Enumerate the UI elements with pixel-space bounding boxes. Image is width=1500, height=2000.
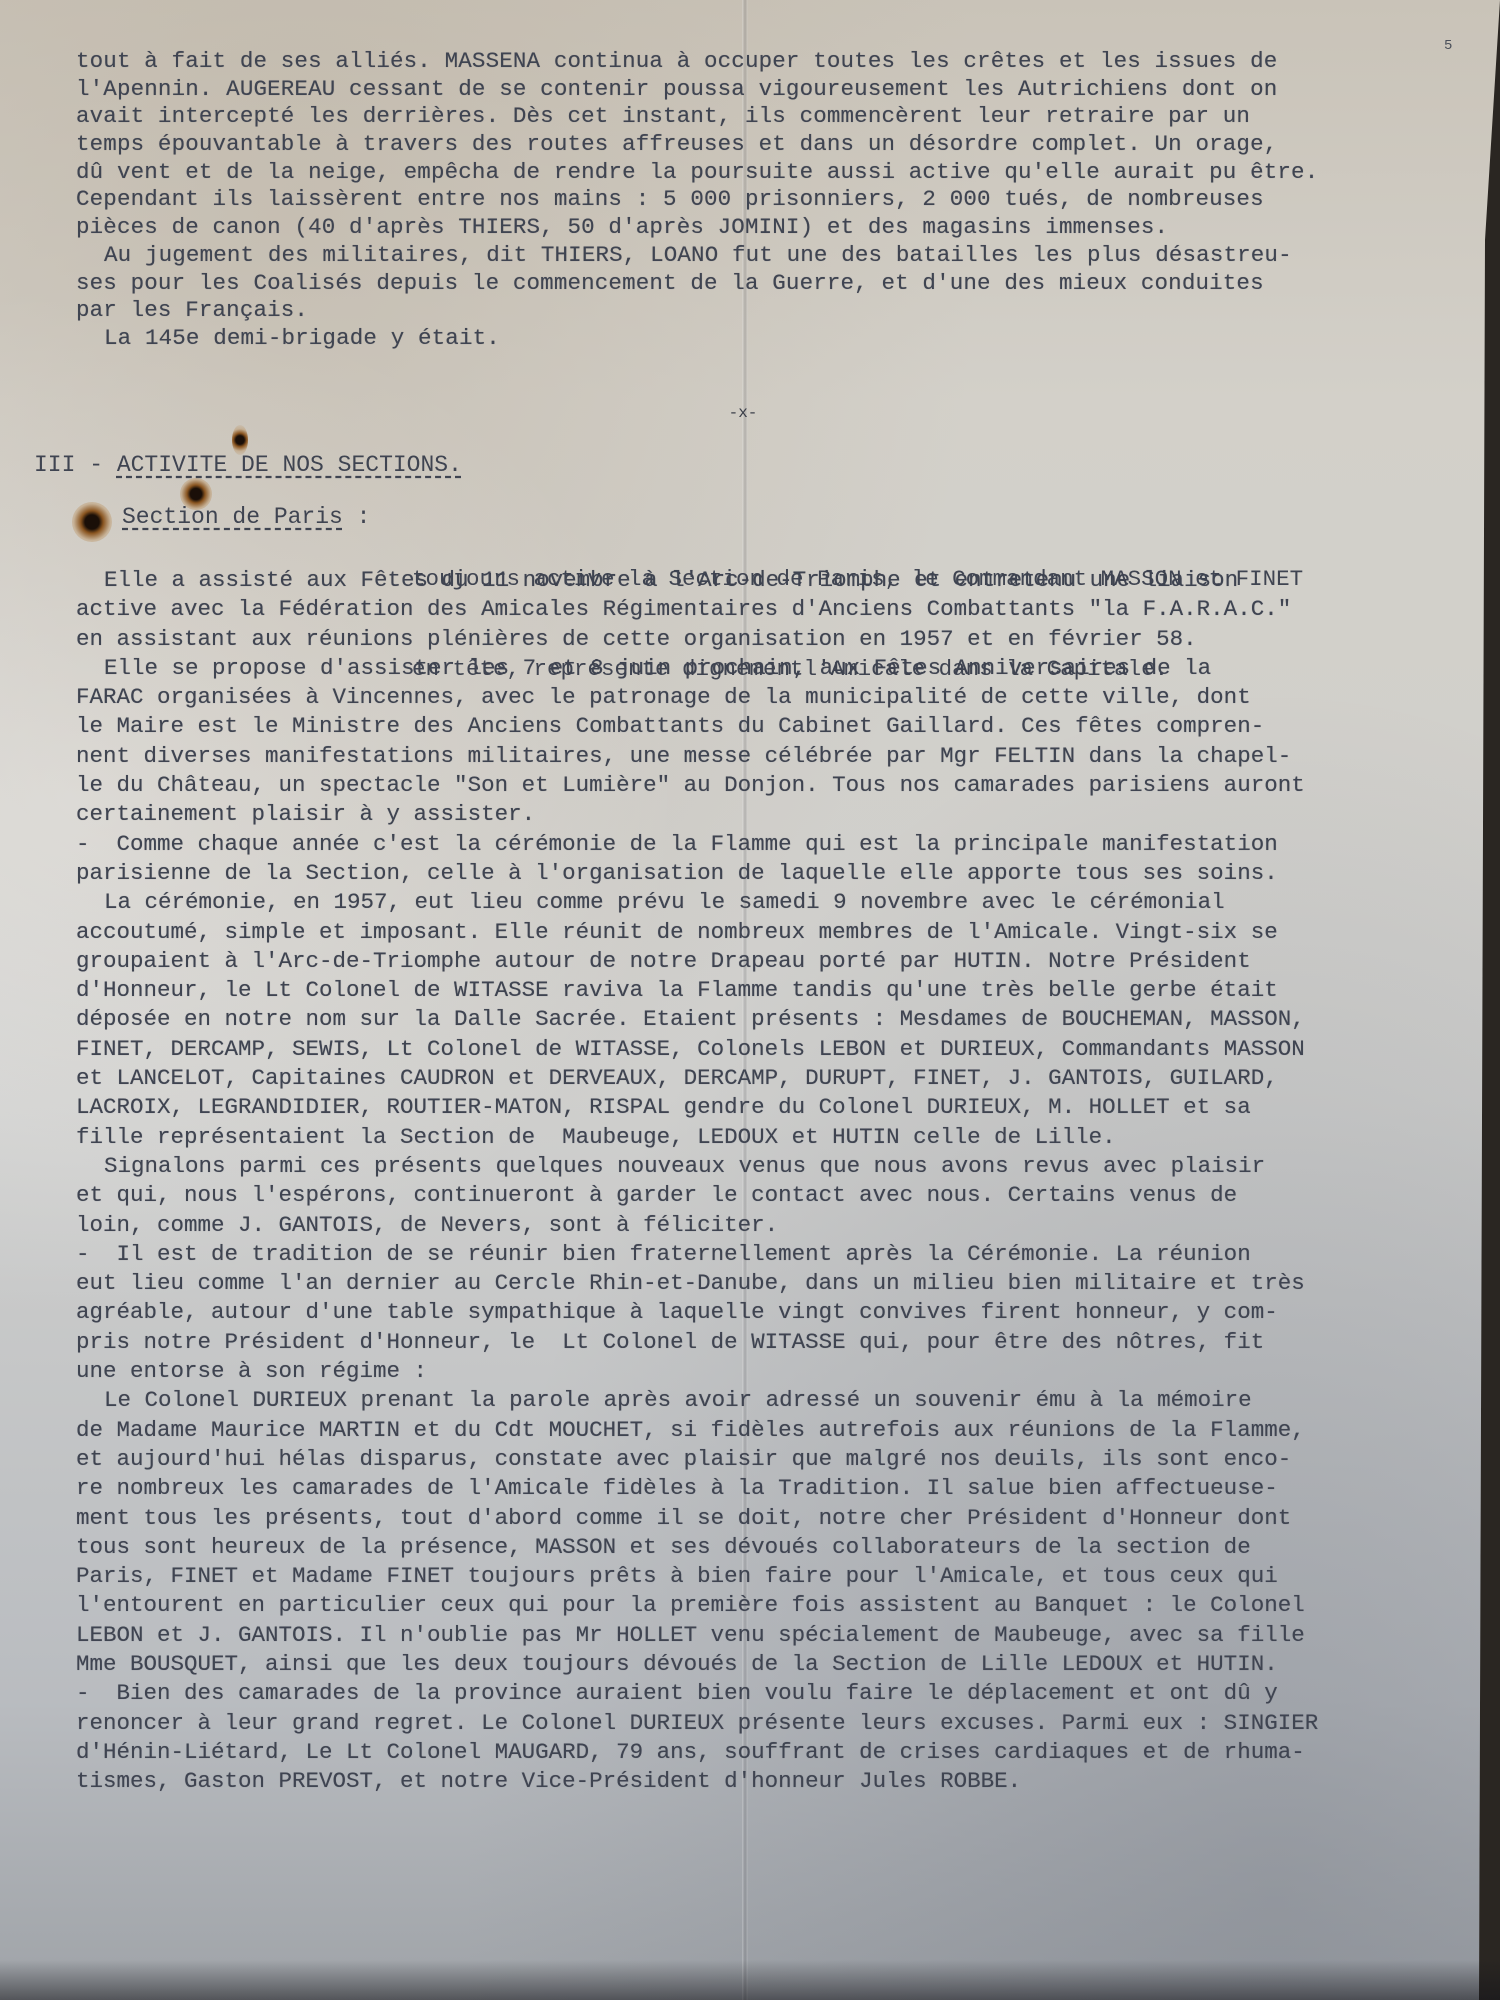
text-line: re nombreux les camarades de l'Amicale f… bbox=[76, 1474, 1486, 1503]
text-line: Au jugement des militaires, dit THIERS, … bbox=[76, 242, 1486, 270]
text-line: ment tous les présents, tout d'abord com… bbox=[76, 1504, 1486, 1533]
text-line: - Bien des camarades de la province aura… bbox=[76, 1679, 1486, 1708]
section-number: III - bbox=[34, 452, 103, 478]
text-line: groupaient à l'Arc-de-Triomphe autour de… bbox=[76, 947, 1486, 976]
text-line: LEBON et J. GANTOIS. Il n'oublie pas Mr … bbox=[76, 1621, 1486, 1650]
punch-hole-mark bbox=[232, 425, 248, 455]
section-heading: III - ACTIVITE DE NOS SECTIONS. bbox=[34, 452, 462, 478]
text-line: l'entourent en particulier ceux qui pour… bbox=[76, 1591, 1486, 1620]
text-line: l'Apennin. AUGEREAU cessant de se conten… bbox=[76, 76, 1486, 104]
text-line: Paris, FINET et Madame FINET toujours pr… bbox=[76, 1562, 1486, 1591]
photo-shadow bbox=[0, 1960, 1500, 2000]
text-line: active avec la Fédération des Amicales R… bbox=[76, 595, 1486, 624]
text-line: Elle se propose d'assister les 7 et 8 ju… bbox=[76, 654, 1486, 683]
text-line: en assistant aux réunions plénières de c… bbox=[76, 625, 1486, 654]
text-line: Mme BOUSQUET, ainsi que les deux toujour… bbox=[76, 1650, 1486, 1679]
text-line: le du Château, un spectacle "Son et Lumi… bbox=[76, 771, 1486, 800]
text-line: et aujourd'hui hélas disparus, constate … bbox=[76, 1445, 1486, 1474]
subsection-title: Section de Paris bbox=[122, 504, 343, 530]
text-line: et qui, nous l'espérons, continueront à … bbox=[76, 1181, 1486, 1210]
text-line: FINET, DERCAMP, SEWIS, Lt Colonel de WIT… bbox=[76, 1035, 1486, 1064]
text-line: La 145e demi-brigade y était. bbox=[76, 325, 1486, 353]
text-line: Signalons parmi ces présents quelques no… bbox=[76, 1152, 1486, 1181]
text-line: - Il est de tradition de se réunir bien … bbox=[76, 1240, 1486, 1269]
body-paragraphs: Elle a assisté aux Fêtes du 11 novembre … bbox=[76, 566, 1486, 1796]
text-line: tout à fait de ses alliés. MASSENA conti… bbox=[76, 48, 1486, 76]
text-line: La cérémonie, en 1957, eut lieu comme pr… bbox=[76, 888, 1486, 917]
text-line: fille représentaient la Section de Maube… bbox=[76, 1123, 1486, 1152]
text-line: Cependant ils laissèrent entre nos mains… bbox=[76, 186, 1486, 214]
section-title: ACTIVITE DE NOS SECTIONS. bbox=[117, 452, 462, 478]
text-line: d'Hénin-Liétard, Le Lt Colonel MAUGARD, … bbox=[76, 1738, 1486, 1767]
text-line: FARAC organisées à Vincennes, avec le pa… bbox=[76, 683, 1486, 712]
text-line: renoncer à leur grand regret. Le Colonel… bbox=[76, 1709, 1486, 1738]
text-line: de Madame Maurice MARTIN et du Cdt MOUCH… bbox=[76, 1416, 1486, 1445]
text-line: nent diverses manifestations militaires,… bbox=[76, 742, 1486, 771]
text-line: par les Français. bbox=[76, 297, 1486, 325]
section-separator: -x- bbox=[718, 404, 768, 414]
text-line: tous sont heureux de la présence, MASSON… bbox=[76, 1533, 1486, 1562]
text-line: loin, comme J. GANTOIS, de Nevers, sont … bbox=[76, 1211, 1486, 1240]
text-line: eut lieu comme l'an dernier au Cercle Rh… bbox=[76, 1269, 1486, 1298]
text-line: une entorse à son régime : bbox=[76, 1357, 1486, 1386]
text-line: Elle a assisté aux Fêtes du 11 novembre … bbox=[76, 566, 1486, 595]
intro-paragraphs: tout à fait de ses alliés. MASSENA conti… bbox=[76, 48, 1486, 353]
text-line: LACROIX, LEGRANDIDIER, ROUTIER-MATON, RI… bbox=[76, 1093, 1486, 1122]
text-line: déposée en notre nom sur la Dalle Sacrée… bbox=[76, 1005, 1486, 1034]
subsection-label: Section de Paris : bbox=[122, 504, 370, 530]
text-line: - Comme chaque année c'est la cérémonie … bbox=[76, 830, 1486, 859]
punch-hole-mark bbox=[72, 502, 112, 542]
text-line: certainement plaisir à y assister. bbox=[76, 800, 1486, 829]
text-line: parisienne de la Section, celle à l'orga… bbox=[76, 859, 1486, 888]
text-line: et LANCELOT, Capitaines CAUDRON et DERVE… bbox=[76, 1064, 1486, 1093]
text-line: d'Honneur, le Lt Colonel de WITASSE ravi… bbox=[76, 976, 1486, 1005]
text-line: accoutumé, simple et imposant. Elle réun… bbox=[76, 918, 1486, 947]
text-line: ses pour les Coalisés depuis le commence… bbox=[76, 270, 1486, 298]
text-line: avait intercepté les derrières. Dès cet … bbox=[76, 103, 1486, 131]
text-line: le Maire est le Ministre des Anciens Com… bbox=[76, 712, 1486, 741]
text-line: Le Colonel DURIEUX prenant la parole apr… bbox=[76, 1386, 1486, 1415]
text-line: agréable, autour d'une table sympathique… bbox=[76, 1298, 1486, 1327]
text-line: pris notre Président d'Honneur, le Lt Co… bbox=[76, 1328, 1486, 1357]
text-line: pièces de canon (40 d'après THIERS, 50 d… bbox=[76, 214, 1486, 242]
text-line: tismes, Gaston PREVOST, et notre Vice-Pr… bbox=[76, 1767, 1486, 1796]
text-line: dû vent et de la neige, empêcha de rendr… bbox=[76, 159, 1486, 187]
text-line: temps épouvantable à travers des routes … bbox=[76, 131, 1486, 159]
